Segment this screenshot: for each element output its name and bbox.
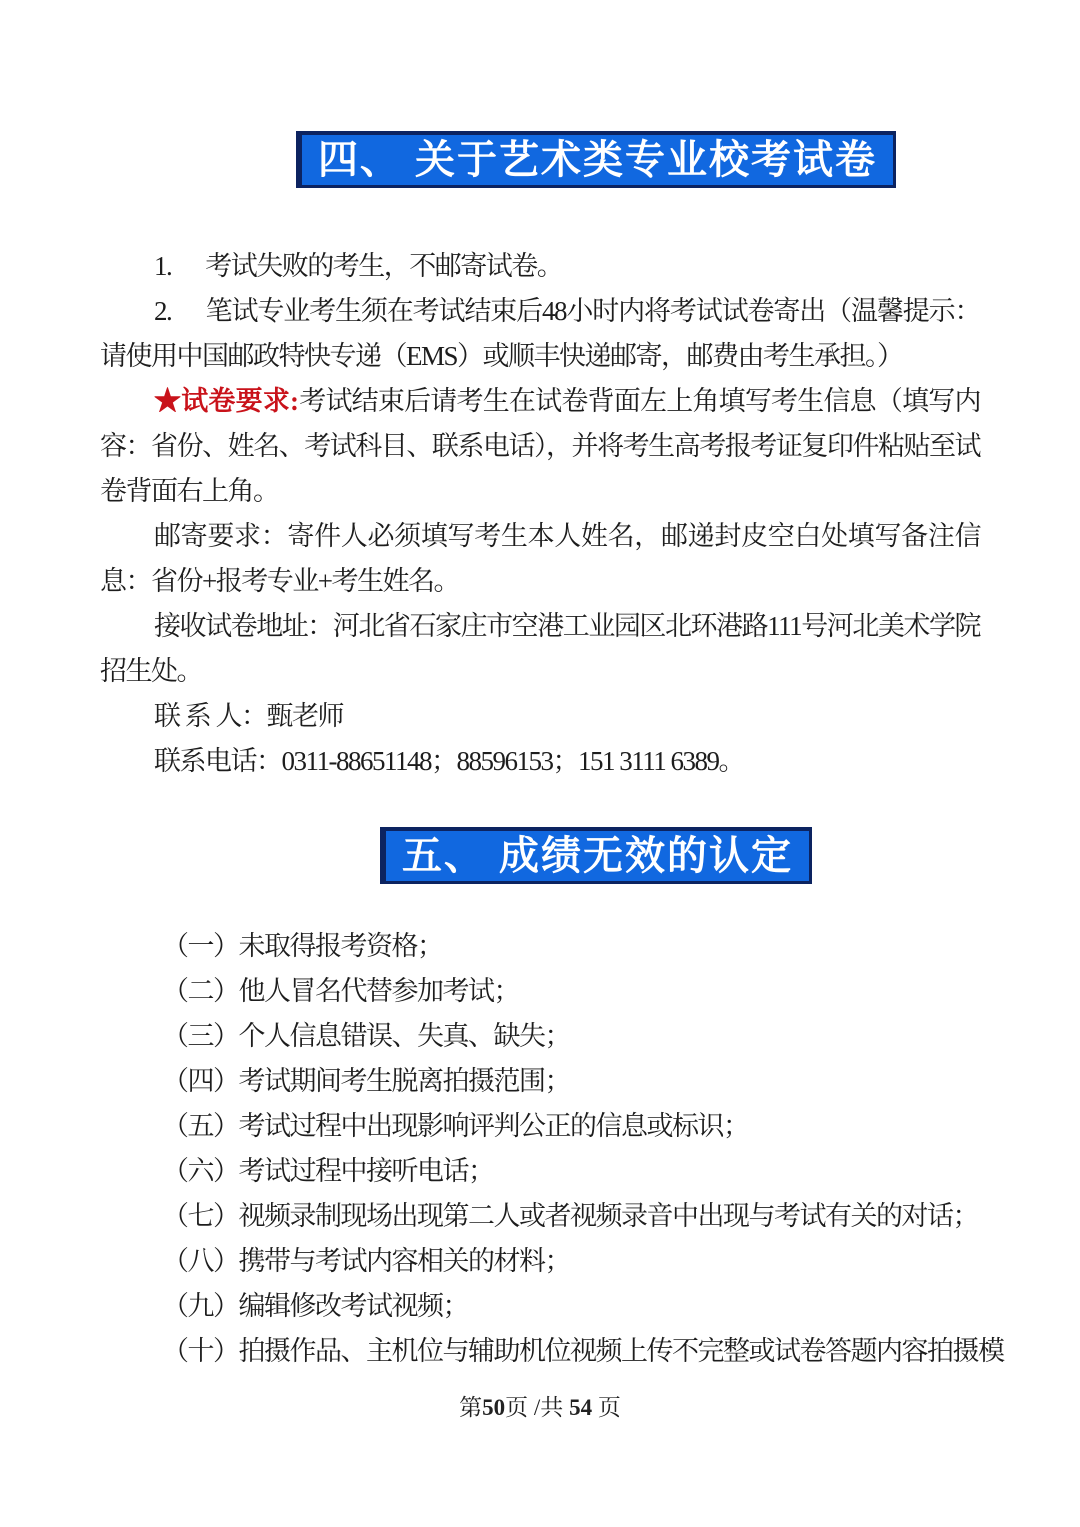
invalid-score-list: （一）未取得报考资格； （二）他人冒名代替参加考试； （三）个人信息错误、失真、… (100, 924, 980, 1374)
list-item-8: （八）携带与考试内容相关的材料； (100, 1239, 980, 1284)
paragraph-1: 1.考试失败的考生，不邮寄试卷。 (100, 244, 980, 289)
section-4-heading-row: 四、 关于艺术类专业校考试卷 (100, 131, 980, 188)
list-item-7: （七）视频录制现场出现第二人或者视频录音中出现与考试有关的对话； (100, 1194, 980, 1239)
footer-mid: 页 /共 (505, 1395, 569, 1420)
exam-paper-requirement-highlight: ★试卷要求: (154, 386, 299, 416)
page-footer: 第50页 /共 54 页 (0, 1389, 1080, 1422)
paragraph-2: 2.笔试专业考生须在考试结束后48小时内将考试试卷寄出（温馨提示：请使用中国邮政… (100, 289, 980, 379)
paragraph-1-number: 1. (154, 251, 171, 281)
list-item-5: （五）考试过程中出现影响评判公正的信息或标识； (100, 1104, 980, 1149)
paragraph-7-contact-phone: 联系电话：0311-88651148；88596153；151 3111 638… (100, 739, 980, 784)
section-5-heading-row: 五、 成绩无效的认定 (100, 827, 980, 884)
list-item-9: （九）编辑修改考试视频； (100, 1284, 980, 1329)
list-item-10: （十）拍摄作品、主机位与辅助机位视频上传不完整或试卷答题内容拍摄模 (100, 1329, 980, 1374)
paragraph-6-contact-person: 联 系 人：甄老师 (100, 694, 980, 739)
section-4-body: 1.考试失败的考生，不邮寄试卷。 2.笔试专业考生须在考试结束后48小时内将考试… (100, 244, 980, 784)
footer-suffix: 页 (592, 1395, 621, 1420)
list-item-6: （六）考试过程中接听电话； (100, 1149, 980, 1194)
current-page-number: 50 (482, 1395, 505, 1420)
total-pages: 54 (569, 1395, 592, 1420)
list-item-3: （三）个人信息错误、失真、缺失； (100, 1014, 980, 1059)
document-page: 四、 关于艺术类专业校考试卷 1.考试失败的考生，不邮寄试卷。 2.笔试专业考生… (0, 0, 1080, 1374)
paragraph-2-number: 2. (154, 296, 171, 326)
section-5-heading-banner: 五、 成绩无效的认定 (380, 827, 812, 884)
list-item-2: （二）他人冒名代替参加考试； (100, 969, 980, 1014)
section-4-heading-banner: 四、 关于艺术类专业校考试卷 (296, 131, 896, 188)
footer-prefix: 第 (459, 1395, 482, 1420)
paragraph-2-text: 笔试专业考生须在考试结束后48小时内将考试试卷寄出（温馨提示：请使用中国邮政特快… (100, 296, 980, 371)
list-item-1: （一）未取得报考资格； (100, 924, 980, 969)
paragraph-1-text: 考试失败的考生，不邮寄试卷。 (205, 251, 562, 281)
list-item-4: （四）考试期间考生脱离拍摄范围； (100, 1059, 980, 1104)
paragraph-4-mailing-requirement: 邮寄要求：寄件人必须填写考生本人姓名，邮递封皮空白处填写备注信息：省份+报考专业… (100, 514, 980, 604)
paragraph-3: ★试卷要求:考试结束后请考生在试卷背面左上角填写考生信息（填写内容：省份、姓名、… (100, 379, 980, 514)
paragraph-5-receiving-address: 接收试卷地址：河北省石家庄市空港工业园区北环港路111号河北美术学院招生处。 (100, 604, 980, 694)
